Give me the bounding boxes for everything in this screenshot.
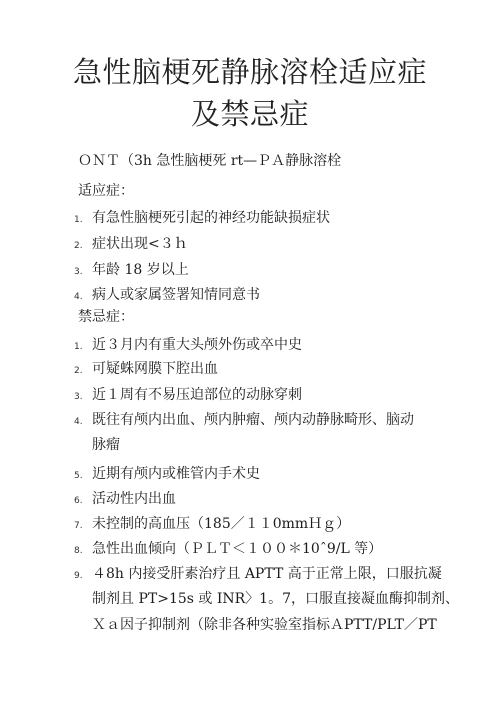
contraindication-item-9-continuation-2: Ｘａ因子抑制剂（除非各种实验室指标ＡPTT/PLT／PT [92, 614, 437, 634]
contraindication-item-9-continuation-1: 制剂且 PT>15s 或 INR〉1。7，口服直接凝血酶抑制剂、 [92, 588, 459, 608]
list-text: 症状出现<３ｈ [92, 233, 188, 253]
list-text: 近期有颅内或椎管内手术史 [92, 463, 260, 483]
indications-heading: 适应症： [78, 180, 134, 200]
list-number: 3. [74, 392, 83, 402]
list-number: 9. [74, 571, 83, 581]
document-page: 急性脑梗死静脉溶栓适应症 及禁忌症 ＯＮＴ（3h 急性脑梗死 rt—ＰＡ静脉溶栓… [0, 0, 500, 707]
list-text: 未控制的高血压（185／１１0mmＨｇ） [92, 513, 350, 533]
list-number: 3. [74, 267, 83, 277]
list-text: 有急性脑梗死引起的神经功能缺损症状 [92, 207, 330, 227]
list-number: 2. [74, 366, 83, 376]
list-number: 6. [74, 496, 83, 506]
list-number: 8. [74, 546, 83, 556]
list-text: 近３月内有重大头颅外伤或卒中史 [92, 334, 302, 354]
list-text: 活动性内出血 [92, 488, 176, 508]
contraindications-heading: 禁忌症： [78, 306, 134, 326]
list-text: 可疑蛛网膜下腔出血 [92, 358, 218, 378]
list-text: 急性出血倾向（ＰＬＴ＜１００＊10ˆ9/L 等） [92, 538, 382, 558]
contraindication-item-4-continuation: 脉瘤 [92, 434, 120, 454]
list-text: 既往有颅内出血、颅内肿瘤、颅内动静脉畸形、脑动 [92, 409, 414, 429]
list-text: 年龄 18 岁以上 [92, 259, 189, 279]
list-number: 4. [74, 292, 83, 302]
document-title-line1: 急性脑梗死静脉溶栓适应症 [0, 50, 500, 91]
list-number: 1. [74, 342, 83, 352]
list-number: 4. [74, 417, 83, 427]
list-number: 2. [74, 241, 83, 251]
list-text: 病人或家属签署知情同意书 [92, 284, 260, 304]
document-subtitle: ＯＮＴ（3h 急性脑梗死 rt—ＰＡ静脉溶栓 [78, 150, 341, 170]
list-text: 近１周有不易压迫部位的动脉穿刺 [92, 384, 302, 404]
document-title-line2: 及禁忌症 [0, 92, 500, 133]
list-text: ４8h 内接受肝素治疗且 APTT 高于正常上限，口服抗凝 [92, 563, 442, 583]
list-number: 5. [74, 471, 83, 481]
list-number: 1. [74, 215, 83, 225]
list-number: 7. [74, 521, 83, 531]
